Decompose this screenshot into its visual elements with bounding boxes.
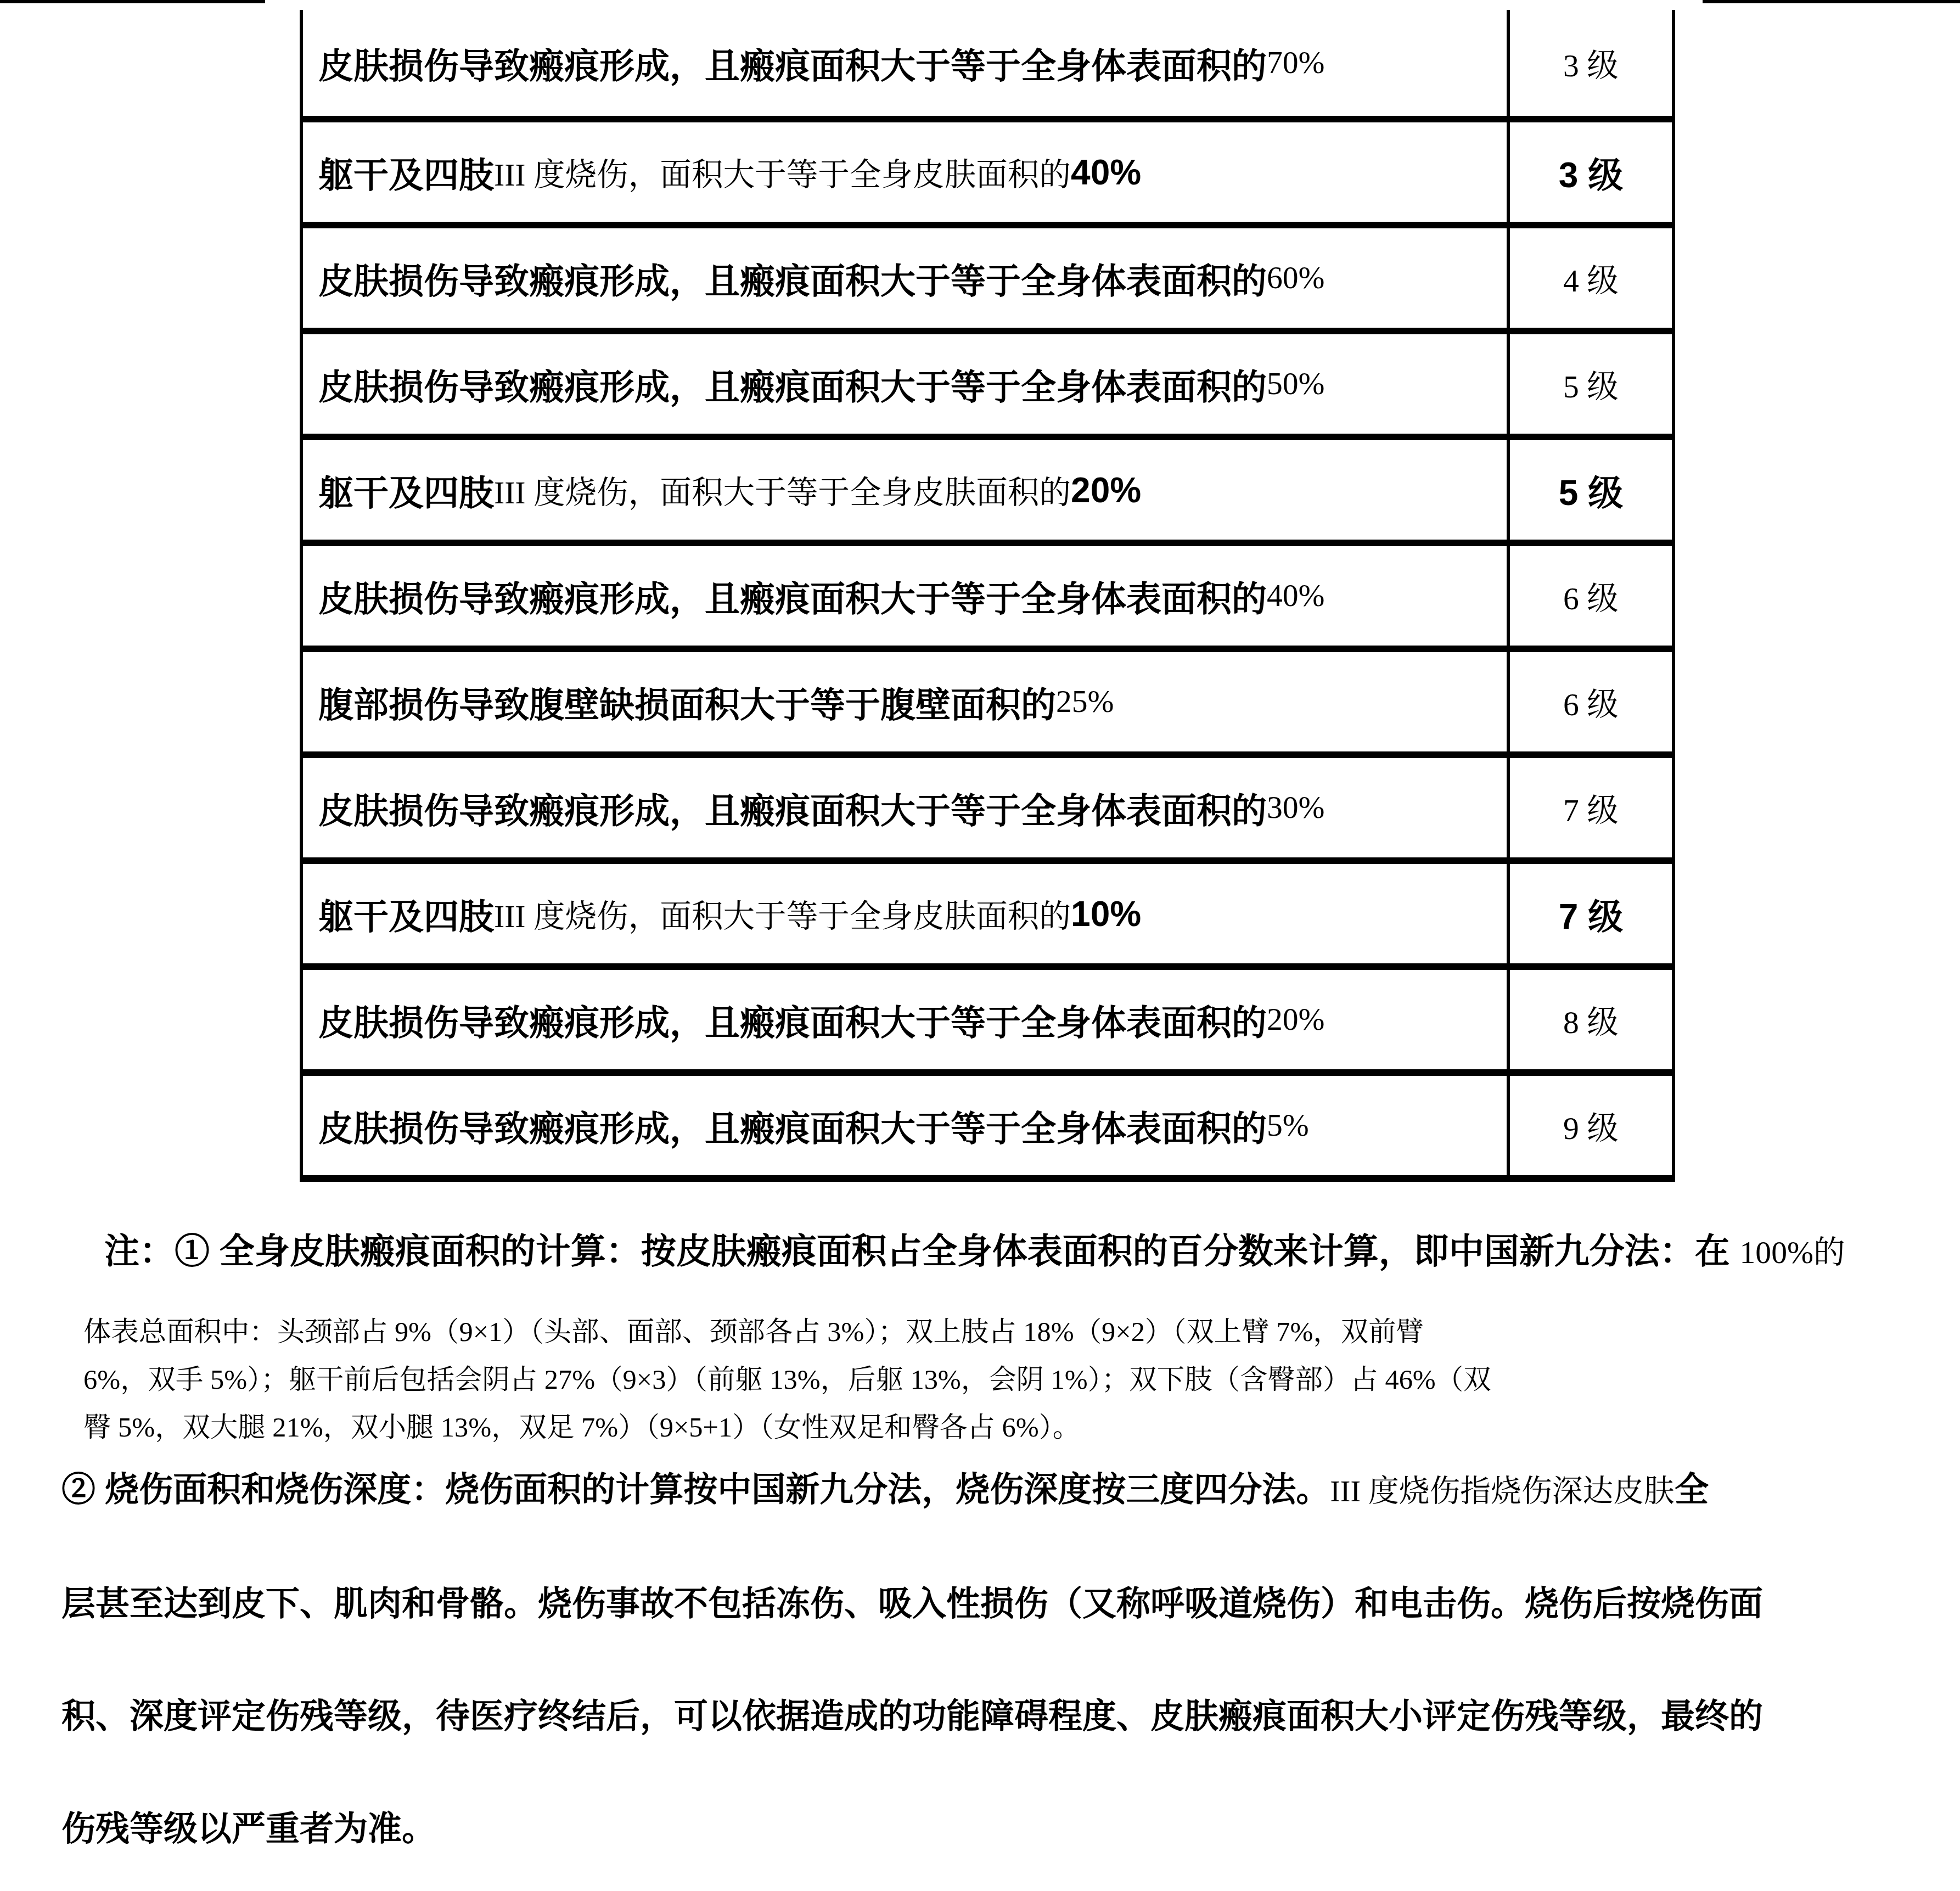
table-row: 皮肤损伤导致瘢痕形成，且瘢痕面积大于等于全身体表面积的 50%5 级 [303, 328, 1672, 434]
note-1-line: 6%，双手 5%）；躯干前后包括会阴占 27%（9×3）（前躯 13%，后躯 1… [83, 1355, 1491, 1403]
text-segment: III 度烧伤，面积大于等于全身皮肤面积的 [494, 468, 1071, 513]
text-segment: 60% [1267, 260, 1325, 296]
table-row: 皮肤损伤导致瘢痕形成，且瘢痕面积大于等于全身体表面积的 30%7 级 [303, 751, 1672, 857]
table-row: 皮肤损伤导致瘢痕形成，且瘢痕面积大于等于全身体表面积的 5%9 级 [303, 1069, 1672, 1175]
text-segment: 皮肤损伤导致瘢痕形成，且瘢痕面积大于等于全身体表面积的 [318, 38, 1267, 88]
injury-description-cell: 躯干及四肢 III 度烧伤，面积大于等于全身皮肤面积的 20% [303, 440, 1507, 540]
disability-grade-cell: 4 级 [1507, 228, 1672, 328]
text-segment: 躯干及四肢 [318, 465, 494, 515]
text-segment: 30% [1267, 790, 1325, 826]
note-2-line: 伤残等级以严重者为准。 [61, 1773, 1763, 1886]
text-segment: III 度烧伤，面积大于等于全身皮肤面积的 [494, 150, 1071, 195]
disability-grading-table: 皮肤损伤导致瘢痕形成，且瘢痕面积大于等于全身体表面积的 70%3 级躯干及四肢 … [300, 10, 1675, 1182]
injury-description-cell: 皮肤损伤导致瘢痕形成，且瘢痕面积大于等于全身体表面积的 50% [303, 334, 1507, 434]
text-segment: 6 级 [1563, 680, 1619, 725]
text-segment: 25% [1056, 684, 1114, 720]
text-segment: 腹部损伤导致腹壁缺损面积大于等于腹壁面积的 [318, 677, 1056, 727]
note-2-line: 积、深度评定伤残等级，待医疗终结后，可以依据造成的功能障碍程度、皮肤瘢痕面积大小… [61, 1660, 1763, 1773]
injury-description-cell: 皮肤损伤导致瘢痕形成，且瘢痕面积大于等于全身体表面积的 70% [303, 10, 1507, 116]
text-segment: 7 级 [1559, 889, 1623, 939]
text-segment: 6%，双手 5%）；躯干前后包括会阴占 27%（9×3）（前躯 13%，后躯 1… [83, 1364, 1491, 1395]
text-segment: 10% [1071, 894, 1141, 934]
disability-grade-cell: 8 级 [1507, 970, 1672, 1069]
text-segment: 20% [1071, 470, 1141, 510]
text-segment: 50% [1267, 366, 1325, 402]
text-segment: 5 级 [1563, 362, 1619, 407]
disability-grade-cell: 6 级 [1507, 546, 1672, 646]
text-segment: 伤残等级以严重者为准。 [61, 1810, 436, 1848]
table-row: 皮肤损伤导致瘢痕形成，且瘢痕面积大于等于全身体表面积的 20%8 级 [303, 963, 1672, 1069]
disability-grade-cell: 7 级 [1507, 758, 1672, 857]
note-1-line-1: 注：① 全身皮肤瘢痕面积的计算：按皮肤瘢痕面积占全身体表面积的百分数来计算，即中… [104, 1223, 1845, 1273]
note-1-line: 体表总面积中：头颈部占 9%（9×1）（头部、面部、颈部各占 3%）；双上肢占 … [83, 1308, 1491, 1355]
top-border-fragment-left [0, 0, 265, 3]
text-segment: 皮肤损伤导致瘢痕形成，且瘢痕面积大于等于全身体表面积的 [318, 1101, 1267, 1151]
text-segment: 躯干及四肢 [318, 889, 494, 939]
injury-description-cell: 皮肤损伤导致瘢痕形成，且瘢痕面积大于等于全身体表面积的 20% [303, 970, 1507, 1069]
note-2-line: ② 烧伤面积和烧伤深度：烧伤面积的计算按中国新九分法，烧伤深度按三度四分法。II… [61, 1434, 1763, 1548]
injury-description-cell: 皮肤损伤导致瘢痕形成，且瘢痕面积大于等于全身体表面积的 60% [303, 228, 1507, 328]
table-row: 躯干及四肢 III 度烧伤，面积大于等于全身皮肤面积的 20%5 级 [303, 434, 1672, 540]
text-segment: 皮肤损伤导致瘢痕形成，且瘢痕面积大于等于全身体表面积的 [318, 359, 1267, 409]
text-segment: 7 级 [1563, 785, 1619, 831]
text-segment: 5% [1267, 1108, 1309, 1143]
table-row: 皮肤损伤导致瘢痕形成，且瘢痕面积大于等于全身体表面积的 40%6 级 [303, 540, 1672, 646]
text-segment: 皮肤损伤导致瘢痕形成，且瘢痕面积大于等于全身体表面积的 [318, 253, 1267, 304]
injury-description-cell: 皮肤损伤导致瘢痕形成，且瘢痕面积大于等于全身体表面积的 30% [303, 758, 1507, 857]
text-segment: 皮肤损伤导致瘢痕形成，且瘢痕面积大于等于全身体表面积的 [318, 995, 1267, 1045]
text-segment: 注：① 全身皮肤瘢痕面积的计算：按皮肤瘢痕面积占全身体表面积的百分数来计算，即中… [104, 1231, 1740, 1271]
text-segment: 5 级 [1559, 465, 1623, 515]
table-row: 躯干及四肢 III 度烧伤，面积大于等于全身皮肤面积的 10%7 级 [303, 857, 1672, 963]
disability-grade-cell: 9 级 [1507, 1076, 1672, 1175]
text-segment: 3 级 [1559, 147, 1623, 198]
table-row: 皮肤损伤导致瘢痕形成，且瘢痕面积大于等于全身体表面积的 60%4 级 [303, 222, 1672, 328]
injury-description-cell: 腹部损伤导致腹壁缺损面积大于等于腹壁面积的 25% [303, 652, 1507, 751]
text-segment: 40% [1267, 578, 1325, 614]
text-segment: 层甚至达到皮下、肌肉和骨骼。烧伤事故不包括冻伤、吸入性损伤（又称呼吸道烧伤）和电… [61, 1585, 1763, 1623]
text-segment: 9 级 [1563, 1103, 1619, 1148]
note-2-line: 层甚至达到皮下、肌肉和骨骼。烧伤事故不包括冻伤、吸入性损伤（又称呼吸道烧伤）和电… [61, 1548, 1763, 1660]
injury-description-cell: 皮肤损伤导致瘢痕形成，且瘢痕面积大于等于全身体表面积的 40% [303, 546, 1507, 646]
table-row: 躯干及四肢 III 度烧伤，面积大于等于全身皮肤面积的 40%3 级 [303, 116, 1672, 222]
text-segment: 3 级 [1563, 41, 1619, 86]
document-page: { "page": { "background_color": "#ffffff… [0, 0, 1960, 1891]
table-row: 皮肤损伤导致瘢痕形成，且瘢痕面积大于等于全身体表面积的 70%3 级 [303, 10, 1672, 116]
disability-grade-cell: 3 级 [1507, 10, 1672, 116]
disability-grade-cell: 5 级 [1507, 440, 1672, 540]
text-segment: 6 级 [1563, 574, 1619, 619]
text-segment: 全 [1675, 1471, 1709, 1509]
text-segment: 100%的 [1740, 1236, 1845, 1270]
text-segment: 4 级 [1563, 256, 1619, 301]
top-border-fragment-right [1703, 0, 1960, 3]
disability-grade-cell: 3 级 [1507, 122, 1672, 222]
text-segment: 8 级 [1563, 997, 1619, 1042]
text-segment: III 度烧伤，面积大于等于全身皮肤面积的 [494, 891, 1071, 936]
text-segment: ② 烧伤面积和烧伤深度：烧伤面积的计算按中国新九分法，烧伤深度按三度四分法。 [61, 1471, 1330, 1509]
note-2: ② 烧伤面积和烧伤深度：烧伤面积的计算按中国新九分法，烧伤深度按三度四分法。II… [61, 1434, 1763, 1886]
text-segment: 积、深度评定伤残等级，待医疗终结后，可以依据造成的功能障碍程度、皮肤瘢痕面积大小… [61, 1698, 1763, 1736]
text-segment: 体表总面积中：头颈部占 9%（9×1）（头部、面部、颈部各占 3%）；双上肢占 … [83, 1316, 1424, 1347]
text-segment: III 度烧伤指烧伤深达皮肤 [1330, 1474, 1675, 1508]
text-segment: 躯干及四肢 [318, 147, 494, 198]
disability-grade-cell: 5 级 [1507, 334, 1672, 434]
text-segment: 70% [1267, 45, 1325, 81]
injury-description-cell: 躯干及四肢 III 度烧伤，面积大于等于全身皮肤面积的 40% [303, 122, 1507, 222]
injury-description-cell: 皮肤损伤导致瘢痕形成，且瘢痕面积大于等于全身体表面积的 5% [303, 1076, 1507, 1175]
disability-grade-cell: 6 级 [1507, 652, 1672, 751]
injury-description-cell: 躯干及四肢 III 度烧伤，面积大于等于全身皮肤面积的 10% [303, 864, 1507, 963]
text-segment: 皮肤损伤导致瘢痕形成，且瘢痕面积大于等于全身体表面积的 [318, 783, 1267, 833]
note-1-continuation: 体表总面积中：头颈部占 9%（9×1）（头部、面部、颈部各占 3%）；双上肢占 … [83, 1308, 1491, 1451]
text-segment: 40% [1071, 152, 1141, 193]
table-row: 腹部损伤导致腹壁缺损面积大于等于腹壁面积的 25%6 级 [303, 646, 1672, 751]
text-segment: 20% [1267, 1002, 1325, 1037]
disability-grade-cell: 7 级 [1507, 864, 1672, 963]
text-segment: 皮肤损伤导致瘢痕形成，且瘢痕面积大于等于全身体表面积的 [318, 571, 1267, 621]
